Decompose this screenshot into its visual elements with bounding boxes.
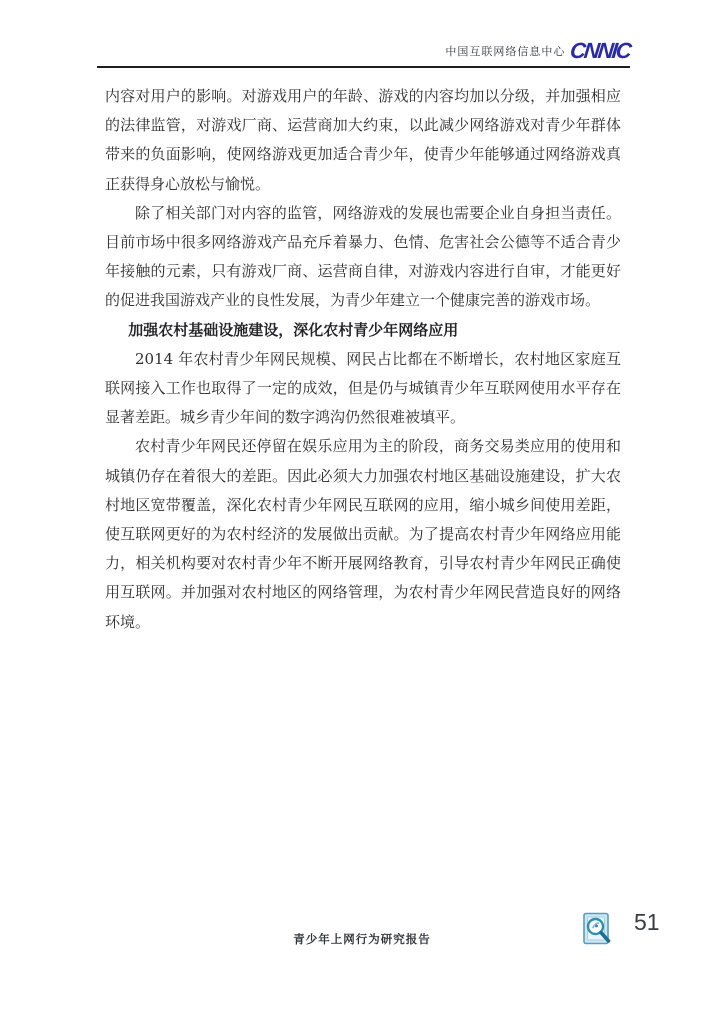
paragraph-enterprise-responsibility: 除了相关部门对内容的监管，网络游戏的发展也需要企业自身担当责任。目前市场中很多网… [105,199,621,316]
paragraph-game-content-regulation: 内容对用户的影响。对游戏用户的年龄、游戏的内容均加以分级，并加强相应的法律监管，… [105,82,621,199]
header-divider [97,66,630,68]
header-org-name: 中国互联网络信息中心 [445,43,565,63]
footer-report-title: 青少年上网行为研究报告 [0,931,724,947]
magnifier-document-icon [583,912,611,946]
paragraph-rural-application-gap: 农村青少年网民还停留在娱乐应用为主的阶段，商务交易类应用的使用和城镇仍存在着很大… [105,432,621,636]
paragraph-rural-netizen-growth: 2014 年农村青少年网民规模、网民占比都在不断增长，农村地区家庭互联网接入工作… [105,345,621,433]
page-header: 中国互联网络信息中心 CNNIC [445,40,630,63]
section-heading-rural-infrastructure: 加强农村基础设施建设，深化农村青少年网络应用 [105,316,621,345]
cnnic-logo: CNNIC [569,40,631,63]
page-number: 51 [634,909,660,936]
document-page: 中国互联网络信息中心 CNNIC 内容对用户的影响。对游戏用户的年龄、游戏的内容… [0,0,724,1024]
page-body: 内容对用户的影响。对游戏用户的年龄、游戏的内容均加以分级，并加强相应的法律监管，… [105,82,621,637]
